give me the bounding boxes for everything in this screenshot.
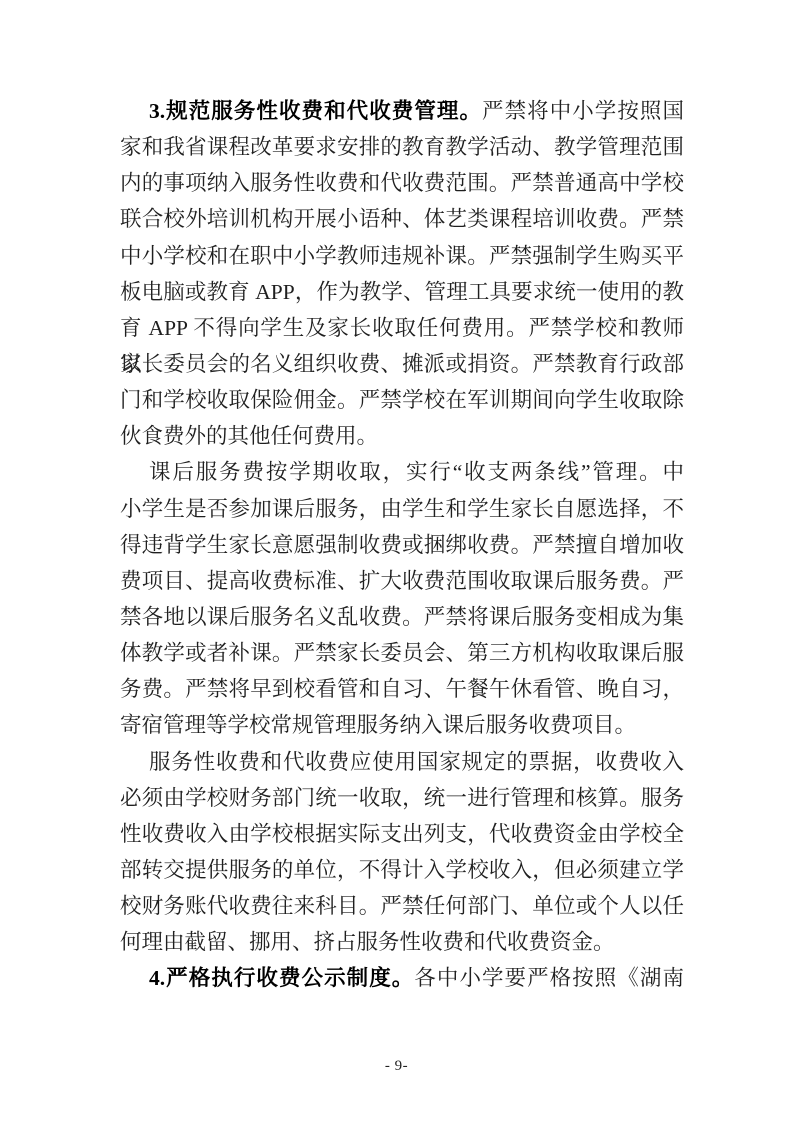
text-run: 必须由学校财务部门统一收取，统一进行管理和核算。服务 [120,786,684,810]
page-number: - 9- [0,1058,793,1075]
text-line: 何理由截留、挪用、挤占服务性收费和代收费资金。 [120,924,684,960]
text-run: 何理由截留、挪用、挤占服务性收费和代收费资金。 [120,930,615,954]
text-line: 禁各地以课后服务名义乱收费。严禁将课后服务变相成为集 [120,599,684,635]
text-line: 必须由学校财务部门统一收取，统一进行管理和核算。服务 [120,780,684,816]
text-line: 部转交提供服务的单位，不得计入学校收入，但必须建立学 [120,852,684,888]
text-run: 家长委员会的名义组织收费、摊派或捐资。严禁教育行政部 [120,352,684,376]
text-line: 校财务账代收费往来科目。严禁任何部门、单位或个人以任 [120,888,684,924]
text-run: 务费。严禁将早到校看管和自习、午餐午休看管、晚自习， [120,677,684,701]
text-line: 内的事项纳入服务性收费和代收费范围。严禁普通高中学校 [120,165,684,201]
bold-heading-run: 4.严格执行收费公示制度。 [149,966,414,990]
text-line: 门和学校收取保险佣金。严禁学校在军训期间向学生收取除 [120,382,684,418]
text-line: 联合校外培训机构开展小语种、体艺类课程培训收费。严禁 [120,201,684,237]
text-run: 服务性收费和代收费应使用国家规定的票据，收费收入 [149,750,684,774]
text-run: 课后服务费按学期收取，实行“收支两条线”管理。中 [149,460,684,484]
text-block: 3.规范服务性收费和代收费管理。严禁将中小学按照国家和我省课程改革要求安排的教育… [120,93,684,997]
text-run: 部转交提供服务的单位，不得计入学校收入，但必须建立学 [120,858,684,882]
text-line: 费项目、提高收费标准、扩大收费范围收取课后服务费。严 [120,563,684,599]
text-line: 寄宿管理等学校常规管理服务纳入课后服务收费项目。 [120,707,684,743]
text-line: 中小学校和在职中小学教师违规补课。严禁强制学生购买平 [120,238,684,274]
text-line: 服务性收费和代收费应使用国家规定的票据，收费收入 [120,744,684,780]
text-line: 课后服务费按学期收取，实行“收支两条线”管理。中 [120,454,684,490]
text-line: 性收费收入由学校根据实际支出列支，代收费资金由学校全 [120,816,684,852]
text-run: 板电脑或教育 APP，作为教学、管理工具要求统一使用的教 [120,280,684,304]
text-run: 禁各地以课后服务名义乱收费。严禁将课后服务变相成为集 [120,605,684,629]
text-run: 家和我省课程改革要求安排的教育教学活动、教学管理范围 [120,135,684,159]
text-line: 家和我省课程改革要求安排的教育教学活动、教学管理范围 [120,129,684,165]
text-run: 体教学或者补课。严禁家长委员会、第三方机构收取课后服 [120,641,684,665]
heading-line: 3.规范服务性收费和代收费管理。严禁将中小学按照国 [120,93,684,129]
heading-line: 4.严格执行收费公示制度。各中小学要严格按照《湖南 [120,960,684,996]
text-line: 伙食费外的其他任何费用。 [120,418,684,454]
text-run: 性收费收入由学校根据实际支出列支，代收费资金由学校全 [120,822,684,846]
text-run: 得违背学生家长意愿强制收费或捆绑收费。严禁擅自增加收 [120,533,684,557]
text-run: 内的事项纳入服务性收费和代收费范围。严禁普通高中学校 [120,171,684,195]
text-run: 门和学校收取保险佣金。严禁学校在军训期间向学生收取除 [120,388,684,412]
text-run: 寄宿管理等学校常规管理服务纳入课后服务收费项目。 [120,713,636,737]
text-line: 小学生是否参加课后服务，由学生和学生家长自愿选择，不 [120,491,684,527]
text-run: 校财务账代收费往来科目。严禁任何部门、单位或个人以任 [120,894,684,918]
document-page: 3.规范服务性收费和代收费管理。严禁将中小学按照国家和我省课程改革要求安排的教育… [0,0,793,1122]
text-line: 体教学或者补课。严禁家长委员会、第三方机构收取课后服 [120,635,684,671]
text-run: 严禁将中小学按照国 [482,99,684,123]
text-line: 得违背学生家长意愿强制收费或捆绑收费。严禁擅自增加收 [120,527,684,563]
text-line: 家长委员会的名义组织收费、摊派或捐资。严禁教育行政部 [120,346,684,382]
bold-heading-run: 3.规范服务性收费和代收费管理。 [149,99,482,123]
text-line: 务费。严禁将早到校看管和自习、午餐午休看管、晚自习， [120,671,684,707]
text-run: 伙食费外的其他任何费用。 [120,424,378,448]
text-line: 板电脑或教育 APP，作为教学、管理工具要求统一使用的教 [120,274,684,310]
text-run: 联合校外培训机构开展小语种、体艺类课程培训收费。严禁 [120,207,684,231]
text-run: 各中小学要严格按照《湖南 [414,966,684,990]
text-line: 育 APP 不得向学生及家长收取任何费用。严禁学校和教师以 [120,310,684,346]
text-run: 小学生是否参加课后服务，由学生和学生家长自愿选择，不 [120,497,684,521]
text-run: 费项目、提高收费标准、扩大收费范围收取课后服务费。严 [120,569,684,593]
text-run: 中小学校和在职中小学教师违规补课。严禁强制学生购买平 [120,244,684,268]
